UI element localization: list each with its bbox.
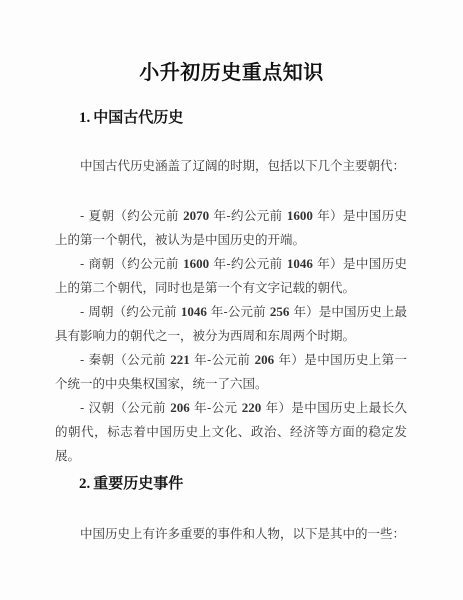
section-number: 1. [79, 110, 90, 126]
dynasty-item-xia: - 夏朝（约公元前 2070 年-约公元前 1600 年）是中国历史上的第一个朝… [55, 204, 407, 252]
document-page: 小升初历史重点知识 1.中国古代历史 中国古代历史涵盖了辽阔的时期，包括以下几个… [0, 0, 463, 600]
section-number: 2. [79, 476, 90, 492]
section-heading-text: 中国古代历史 [93, 108, 183, 126]
dynasty-item-han: - 汉朝（公元前 206 年-公元 220 年）是中国历史上最长久的朝代，标志着… [55, 396, 407, 468]
dynasty-item-zhou: - 周朝（约公元前 1046 年-公元前 256 年）是中国历史上最具有影响力的… [55, 300, 407, 348]
dynasty-item-qin: - 秦朝（公元前 221 年-公元前 206 年）是中国历史上第一个统一的中央集… [55, 348, 407, 396]
section-heading-text: 重要历史事件 [93, 474, 183, 492]
section-intro-ancient-history: 中国古代历史涵盖了辽阔的时期，包括以下几个主要朝代： [80, 154, 432, 178]
document-title: 小升初历史重点知识 [0, 58, 463, 86]
section-heading-important-events: 2.重要历史事件 [79, 472, 183, 495]
section-heading-ancient-history: 1.中国古代历史 [79, 106, 183, 129]
section-intro-important-events: 中国历史上有许多重要的事件和人物，以下是其中的一些： [80, 522, 432, 546]
dynasty-item-shang: - 商朝（约公元前 1600 年-约公元前 1046 年）是中国历史上的第二个朝… [55, 252, 407, 300]
dynasty-list: - 夏朝（约公元前 2070 年-约公元前 1600 年）是中国历史上的第一个朝… [55, 204, 407, 468]
